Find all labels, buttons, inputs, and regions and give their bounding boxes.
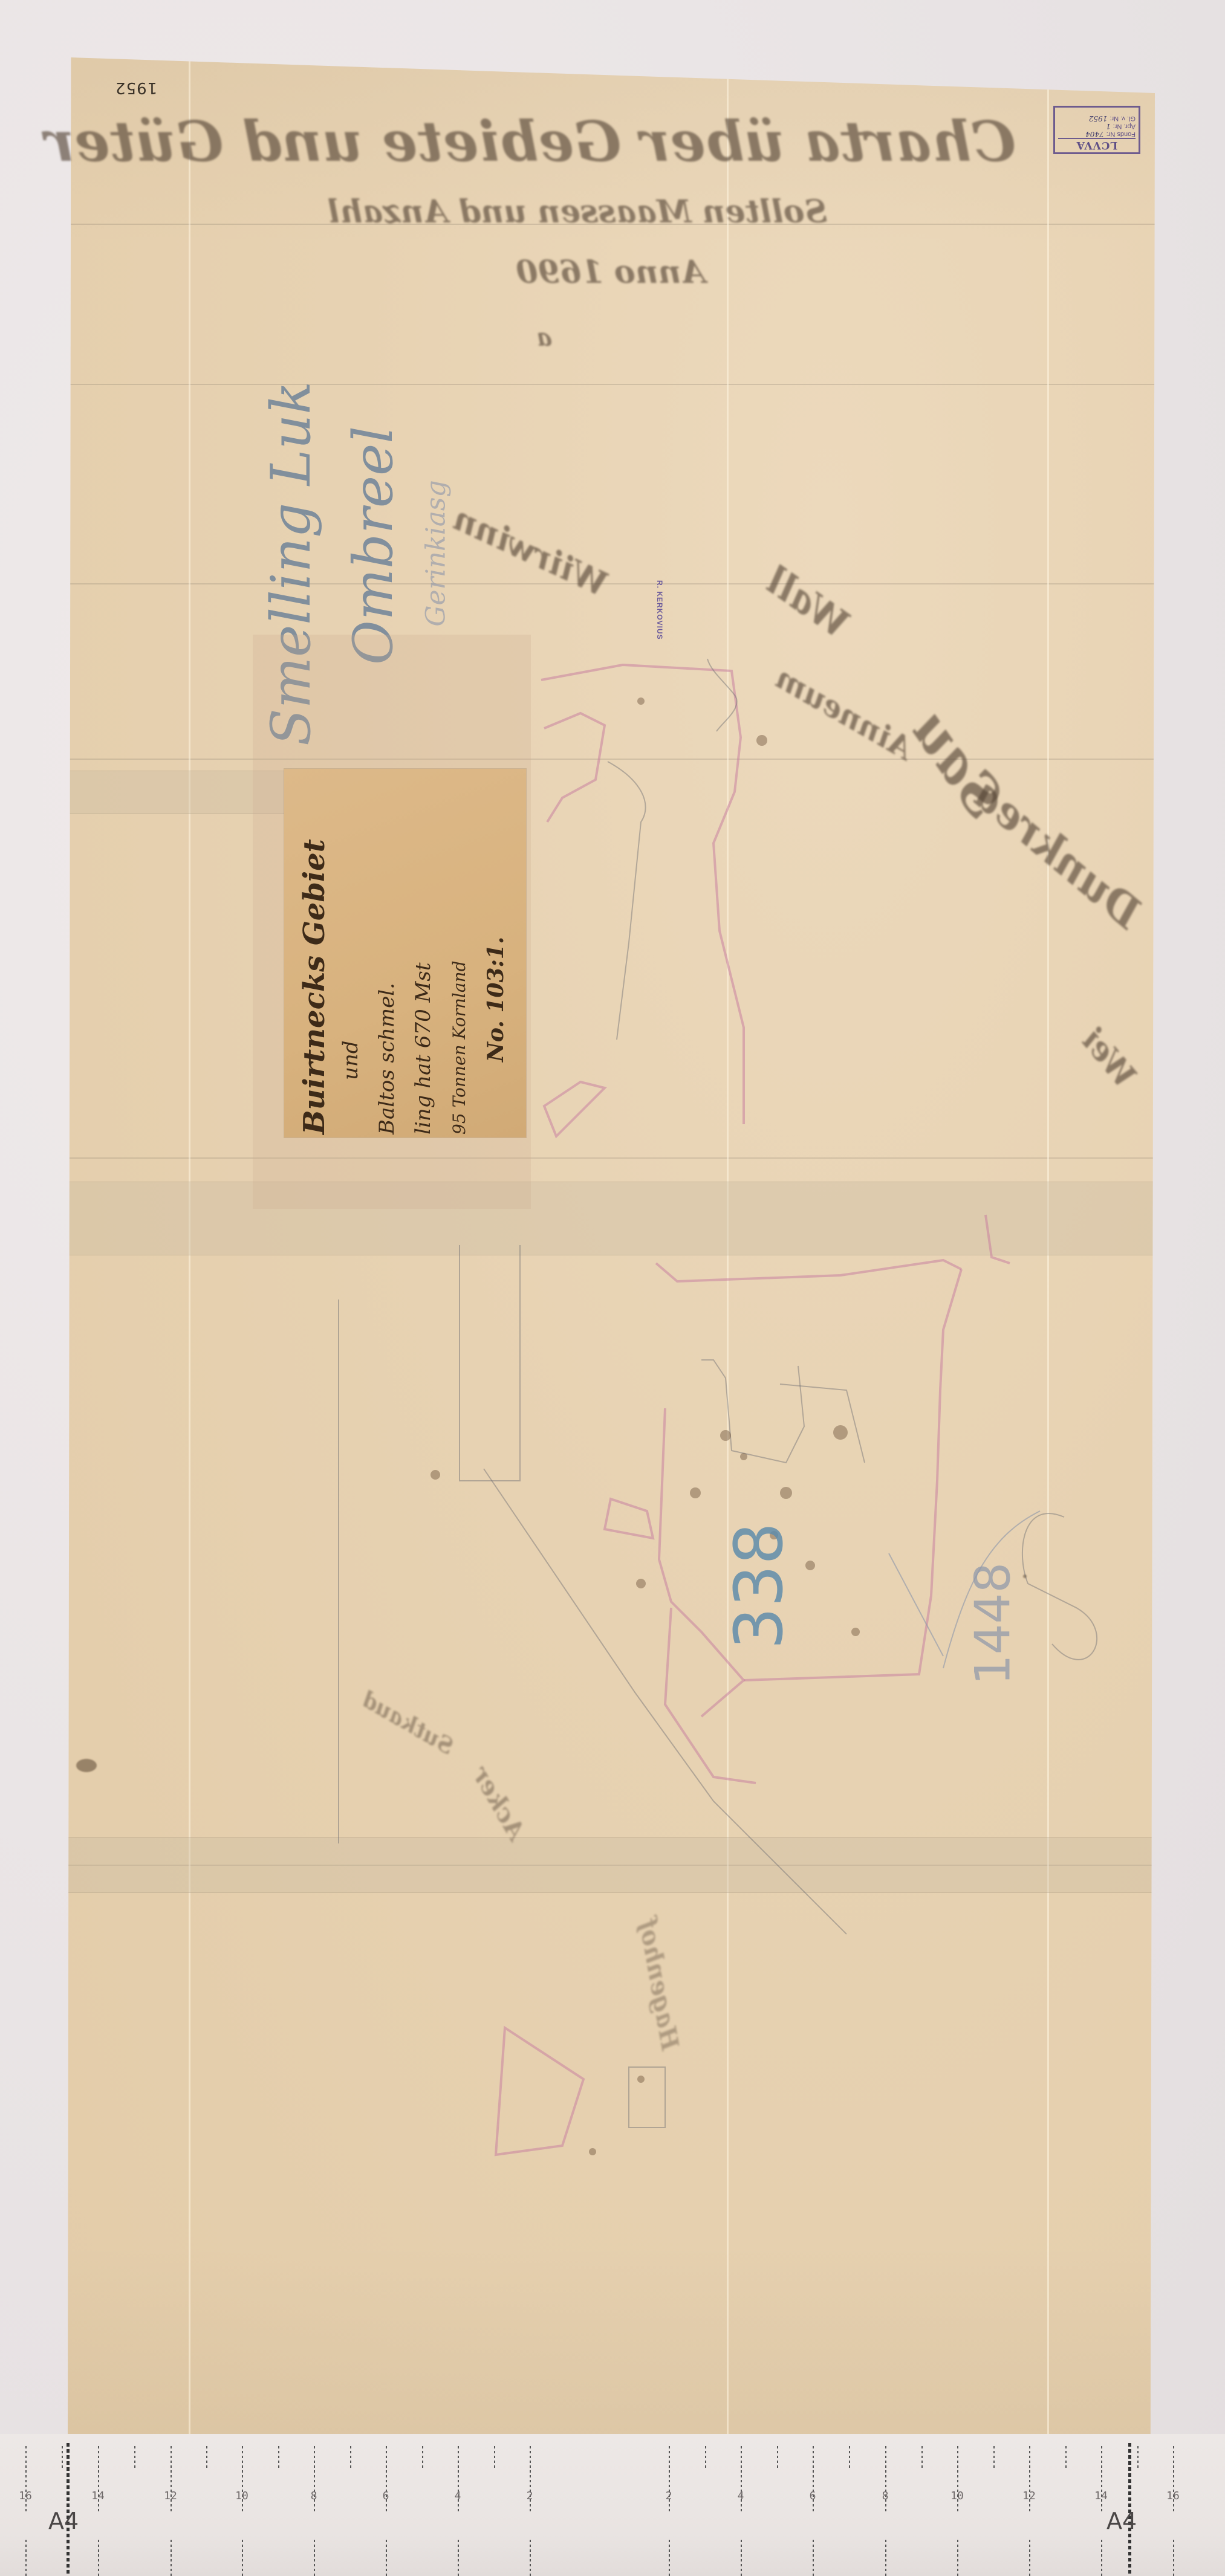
ruler-tick [530, 2446, 531, 2513]
ruler-tick [885, 2446, 886, 2513]
ruler-label: 8 [311, 2490, 317, 2502]
ruler-tick [530, 2540, 531, 2576]
ruler-tick [957, 2540, 958, 2576]
ruler-tick [885, 2540, 886, 2576]
ruler-label: 4 [455, 2490, 461, 2502]
ruler-minor-tick [993, 2446, 995, 2470]
ruler-minor-tick [494, 2446, 495, 2470]
ruler-minor-tick [206, 2446, 207, 2470]
ruler-tick [813, 2446, 814, 2513]
ruler-minor-tick [350, 2446, 351, 2470]
ruler-tick [813, 2540, 814, 2576]
ruler-tick [1101, 2540, 1102, 2576]
ruler-tick [98, 2540, 99, 2576]
ruler-label: 10 [235, 2490, 249, 2502]
ruler-minor-tick [278, 2446, 279, 2470]
ruler-tick [314, 2446, 315, 2513]
ruler-tick [314, 2540, 315, 2576]
ruler-minor-tick [1065, 2446, 1067, 2470]
ruler-label: 12 [1022, 2490, 1036, 2502]
a4-mark-left: A4 [48, 2508, 79, 2534]
ruler-tick [25, 2540, 27, 2576]
ruler-minor-tick [134, 2446, 135, 2470]
ruler-label: 16 [19, 2490, 32, 2502]
ruler-tick [1029, 2446, 1030, 2513]
ruler-minor-tick [777, 2446, 778, 2470]
ruler-minor-tick [62, 2446, 63, 2470]
ruler-label: 6 [383, 2490, 389, 2502]
ruler-label: 8 [882, 2490, 889, 2502]
ruler-tick [1101, 2446, 1102, 2513]
ruler-minor-tick [705, 2446, 706, 2470]
ruler-label: 12 [164, 2490, 177, 2502]
scale-ruler: 161412108642246810121416A4A4 [0, 2434, 1225, 2576]
ruler-tick [669, 2540, 670, 2576]
ruler-tick [1029, 2540, 1030, 2576]
ruler-tick [242, 2540, 243, 2576]
ruler-minor-tick [849, 2446, 850, 2470]
ruler-label: 10 [950, 2490, 964, 2502]
ruler-tick [1173, 2446, 1174, 2513]
ruler-tick [458, 2446, 459, 2513]
ruler-tick [669, 2446, 670, 2513]
ruler-tick [741, 2446, 742, 2513]
ruler-label: 14 [91, 2490, 105, 2502]
ruler-minor-tick [1137, 2446, 1139, 2470]
ruler-tick [171, 2540, 172, 2576]
ruler-tick [957, 2446, 958, 2513]
ruler-tick [386, 2540, 387, 2576]
ruler-label: 6 [810, 2490, 816, 2502]
ruler-tick [1173, 2540, 1174, 2576]
ruler-label: 2 [666, 2490, 672, 2502]
ruler-tick [741, 2540, 742, 2576]
ruler-tick [171, 2446, 172, 2513]
circle-arc [0, 0, 1225, 2576]
ruler-label: 2 [527, 2490, 533, 2502]
ruler-tick [458, 2540, 459, 2576]
ruler-minor-tick [422, 2446, 423, 2470]
ruler-label: 14 [1094, 2490, 1108, 2502]
ruler-tick [386, 2446, 387, 2513]
a4-mark-right: A4 [1106, 2508, 1137, 2534]
ruler-tick [25, 2446, 27, 2513]
ruler-label: 16 [1166, 2490, 1180, 2502]
ruler-tick [98, 2446, 99, 2513]
ruler-label: 4 [738, 2490, 744, 2502]
ruler-minor-tick [921, 2446, 923, 2470]
ruler-tick [242, 2446, 243, 2513]
